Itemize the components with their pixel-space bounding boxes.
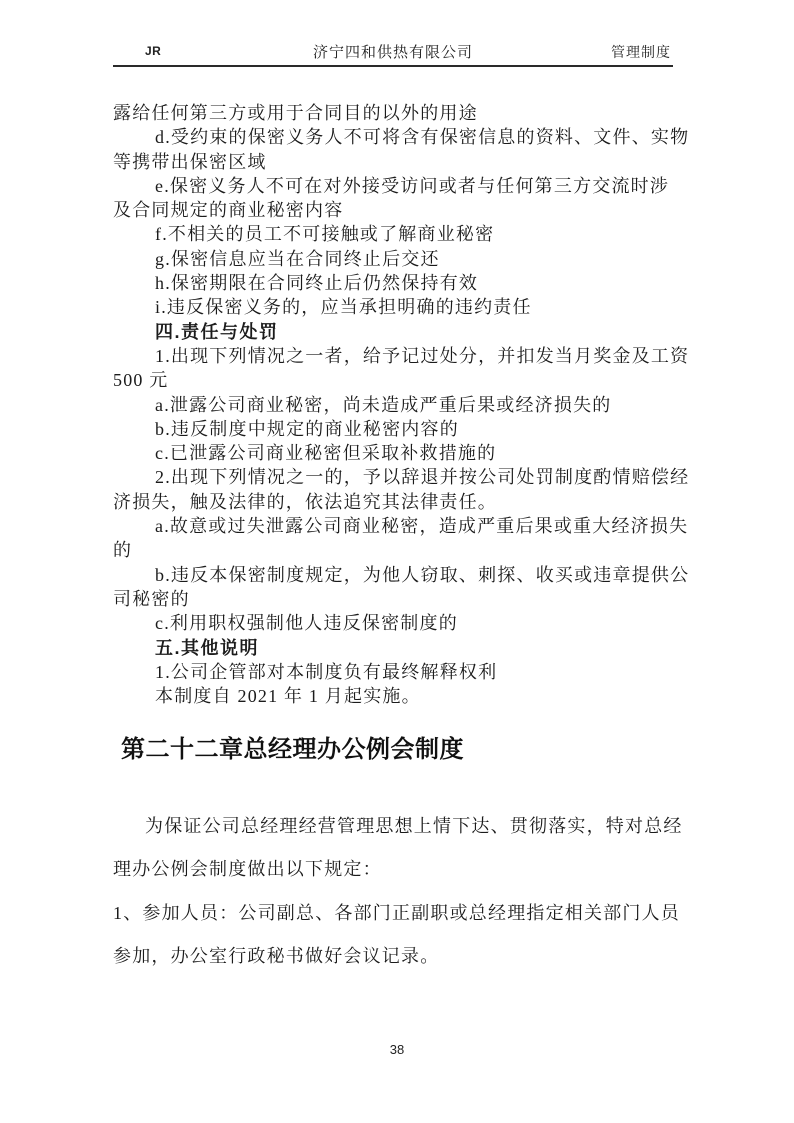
text-line: 四.责任与处罚	[113, 320, 685, 344]
text-line: 济损失，触及法律的，依法追究其法律责任。	[113, 490, 685, 514]
text-line: b.违反制度中规定的商业秘密内容的	[113, 417, 685, 441]
page-footer: 38	[0, 1042, 794, 1057]
text-line: a.泄露公司商业秘密，尚未造成严重后果或经济损失的	[113, 393, 685, 417]
text-line: 露给任何第三方或用于合同目的以外的用途	[113, 101, 685, 125]
text-line: d.受约束的保密义务人不可将含有保密信息的资料、文件、实物	[113, 125, 685, 149]
text-line: 司秘密的	[113, 587, 685, 611]
text-line: g.保密信息应当在合同终止后交还	[113, 247, 685, 271]
document-page: JR 济宁四和供热有限公司 管理制度 露给任何第三方或用于合同目的以外的用途d.…	[0, 0, 794, 1123]
header-doc-type: 管理制度	[611, 42, 671, 62]
document-body-text: 露给任何第三方或用于合同目的以外的用途d.受约束的保密义务人不可将含有保密信息的…	[113, 101, 685, 708]
text-line: b.违反本保密制度规定，为他人窃取、刺探、收买或违章提供公	[113, 563, 685, 587]
text-line: 500 元	[113, 368, 685, 392]
text-line: c.已泄露公司商业秘密但采取补救措施的	[113, 441, 685, 465]
text-line: 本制度自 2021 年 1 月起实施。	[113, 684, 685, 708]
text-line: h.保密期限在合同终止后仍然保持有效	[113, 271, 685, 295]
text-line: f.不相关的员工不可接触或了解商业秘密	[113, 222, 685, 246]
text-line: 为保证公司总经理经营管理思想上情下达、贯彻落实，特对总经	[113, 805, 685, 848]
page-number: 38	[390, 1042, 404, 1057]
text-line: c.利用职权强制他人违反保密制度的	[113, 611, 685, 635]
text-line: 五.其他说明	[113, 636, 685, 660]
text-line: 理办公例会制度做出以下规定：	[113, 848, 685, 891]
text-line: 1、参加人员：公司副总、各部门正副职或总经理指定相关部门人员	[113, 892, 685, 935]
text-line: 1.公司企管部对本制度负有最终解释权利	[113, 660, 685, 684]
page-header: JR 济宁四和供热有限公司 管理制度	[113, 40, 673, 62]
chapter-heading: 第二十二章总经理办公例会制度	[121, 729, 686, 764]
text-line: i.违反保密义务的，应当承担明确的违约责任	[113, 295, 685, 319]
text-line: 等携带出保密区域	[113, 150, 685, 174]
text-line: a.故意或过失泄露公司商业秘密，造成严重后果或重大经济损失	[113, 514, 685, 538]
text-line: 1.出现下列情况之一者，给予记过处分，并扣发当月奖金及工资	[113, 344, 685, 368]
header-company-title: 济宁四和供热有限公司	[113, 41, 673, 62]
text-line: e.保密义务人不可在对外接受访问或者与任何第三方交流时涉	[113, 174, 685, 198]
chapter-paragraphs: 为保证公司总经理经营管理思想上情下达、贯彻落实，特对总经理办公例会制度做出以下规…	[113, 805, 685, 979]
text-line: 2.出现下列情况之一的，予以辞退并按公司处罚制度酌情赔偿经	[113, 465, 685, 489]
text-line: 的	[113, 538, 685, 562]
text-line: 参加，办公室行政秘书做好会议记录。	[113, 935, 685, 978]
header-divider	[113, 65, 673, 67]
text-line: 及合同规定的商业秘密内容	[113, 198, 685, 222]
